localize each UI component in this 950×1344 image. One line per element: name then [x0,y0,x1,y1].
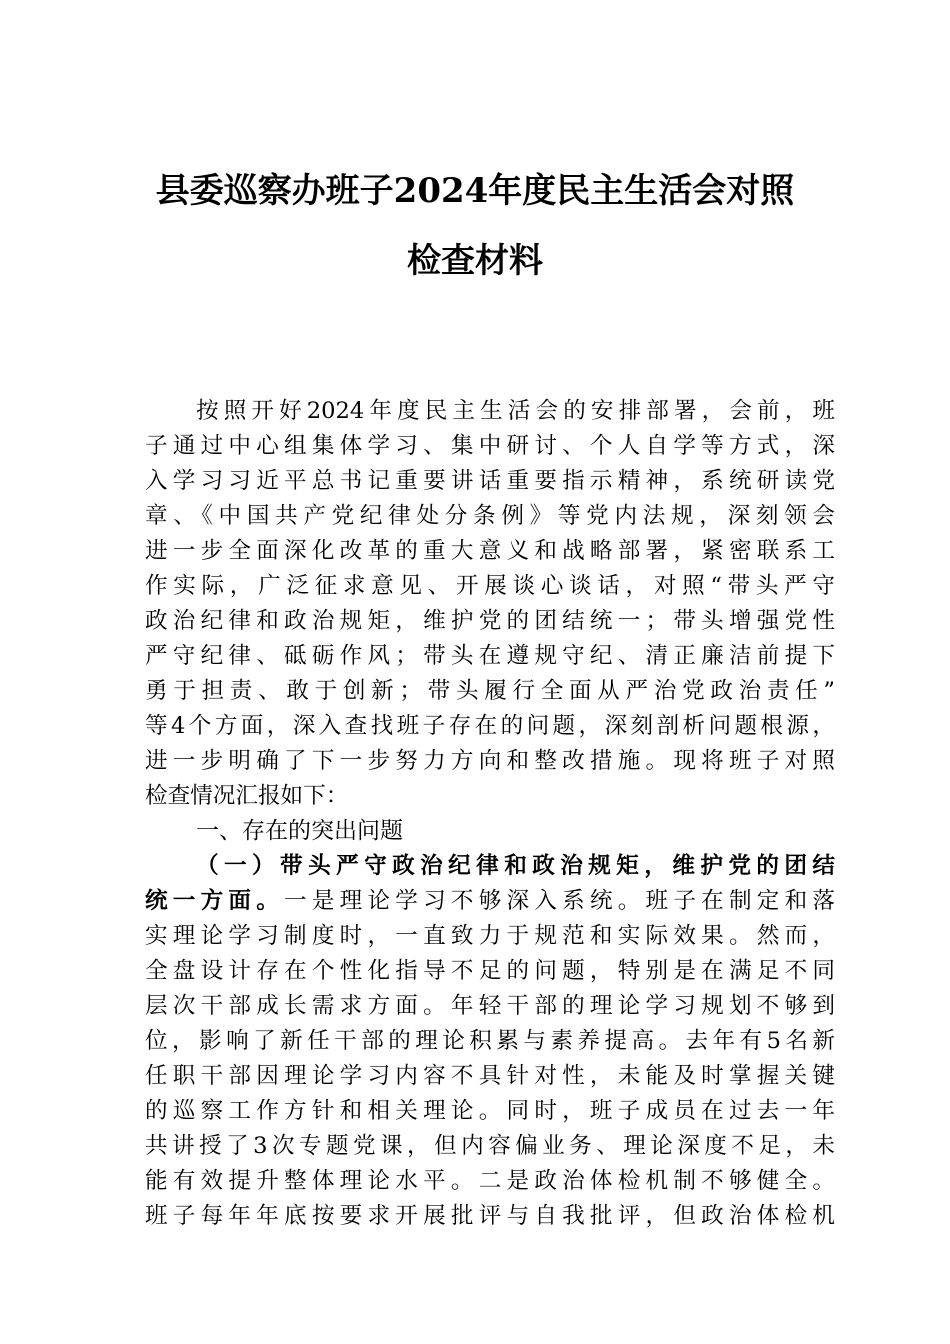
paragraph-line: 等4个方面，深入查找班子存在的问题，深刻剖析问题根源， [145,711,835,741]
paragraph-line: 实理论学习制度时，一直致力于规范和实际效果。然而， [145,921,835,951]
paragraph-line: 作实际，广泛征求意见、开展谈心谈话，对照“带头严守 [145,571,835,601]
paragraph-line: 检查情况汇报如下： [145,781,835,811]
paragraph-line: 的巡察工作方针和相关理论。同时，班子成员在过去一年 [145,1096,835,1126]
section-heading: 一、存在的突出问题 [196,816,403,846]
document-title-line-1: 县委巡察办班子2024年度民主生活会对照 [0,171,950,211]
paragraph-line: 政治纪律和政治规矩，维护党的团结统一；带头增强党性 [145,606,835,636]
paragraph-text: 一是理论学习不够深入系统。班子在制定和落 [284,888,835,914]
paragraph-line: 严守纪律、砥砺作风；带头在遵规守纪、清正廉洁前提下 [145,641,835,671]
paragraph-line: 位，影响了新任干部的理论积累与素养提高。去年有5名新 [145,1026,835,1056]
subsection-heading-tail: 统一方面。 [145,888,284,914]
paragraph-line: 入学习习近平总书记重要讲话重要指示精神，系统研读党 [145,466,835,496]
paragraph-line: 子通过中心组集体学习、集中研讨、个人自学等方式，深 [145,431,835,461]
paragraph-line: 勇于担责、敢于创新；带头履行全面从严治党政治责任” [145,676,835,706]
document-title-line-2: 检查材料 [0,241,950,281]
paragraph-line: 班子每年年底按要求开展批评与自我批评，但政治体检机 [145,1201,835,1231]
paragraph-line: 进一步全面深化改革的重大意义和战略部署，紧密联系工 [145,536,835,566]
paragraph-line: 层次干部成长需求方面。年轻干部的理论学习规划不够到 [145,991,835,1021]
paragraph-line: 按照开好2024年度民主生活会的安排部署，会前，班 [196,396,835,426]
paragraph-line: 全盘设计存在个性化指导不足的问题，特别是在满足不同 [145,956,835,986]
paragraph-line: 进一步明确了下一步努力方向和整改措施。现将班子对照 [145,746,835,776]
paragraph-line: 共讲授了3次专题党课，但内容偏业务、理论深度不足，未 [145,1131,835,1161]
paragraph-line: 任职干部因理论学习内容不具针对性，未能及时掌握关键 [145,1061,835,1091]
subsection-heading: （一）带头严守政治纪律和政治规矩，维护党的团结 [196,851,835,881]
paragraph-line: 章、《中国共产党纪律处分条例》等党内法规，深刻领会 [145,501,835,531]
paragraph-line: 统一方面。一是理论学习不够深入系统。班子在制定和落 [145,886,835,916]
paragraph-line: 能有效提升整体理论水平。二是政治体检机制不够健全。 [145,1166,835,1196]
